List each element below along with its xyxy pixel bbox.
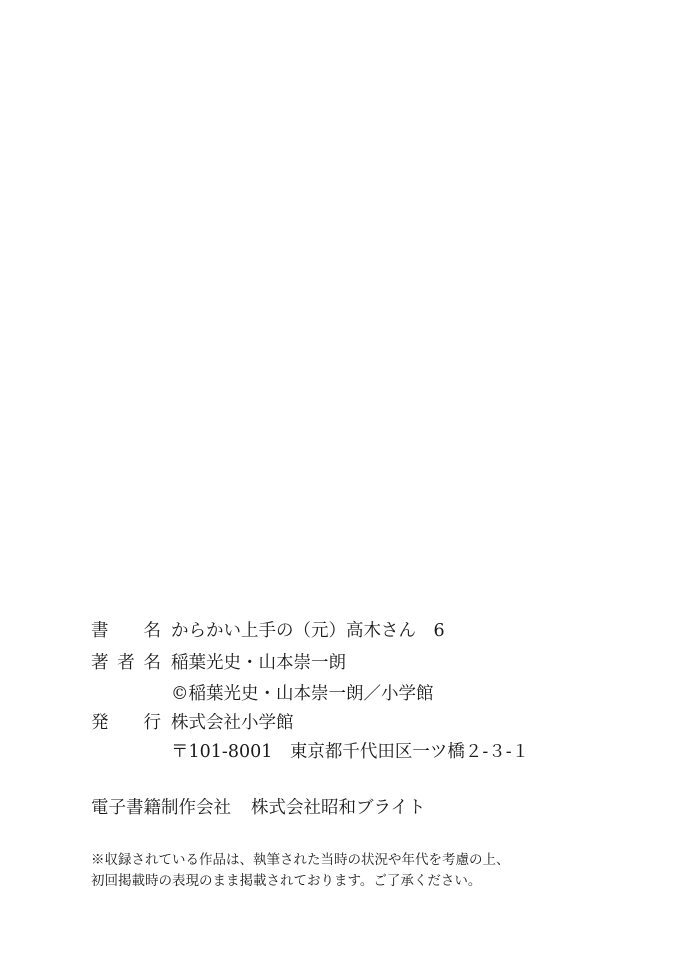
label-char: 発 (91, 712, 109, 734)
notice-line-2: 初回掲載時の表現のまま掲載されております。ご了承ください。 (91, 871, 510, 892)
ebook-producer: 電子書籍制作会社株式会社昭和ブライト (91, 794, 425, 819)
label-char: 書 (91, 620, 109, 642)
label-char: 行 (144, 712, 162, 734)
title-label: 書 名 (91, 620, 161, 642)
book-title: からかい上手の（元）高木さん 6 (171, 620, 445, 642)
producer-label: 電子書籍制作会社 (91, 798, 231, 818)
label-char: 名 (144, 620, 162, 642)
producer-company: 株式会社昭和ブライト (251, 798, 425, 818)
copyright: ©稲葉光史・山本崇一朗／小学館 (171, 683, 434, 705)
notice-line-1: ※収録されている作品は、執筆された当時の状況や年代を考慮の上、 (91, 850, 510, 871)
label-char: 者 (117, 652, 135, 674)
address: 〒101‐8001 東京都千代田区一ツ橋２‐３‐１ (171, 741, 529, 763)
label-char: 名 (144, 652, 162, 674)
label-char: 著 (91, 652, 109, 674)
publisher: 株式会社小学館 (171, 712, 294, 734)
notice: ※収録されている作品は、執筆された当時の状況や年代を考慮の上、 初回掲載時の表現… (91, 850, 510, 892)
publisher-label: 発 行 (91, 712, 161, 734)
author-label: 著 者 名 (91, 652, 161, 674)
authors: 稲葉光史・山本崇一朗 (171, 652, 346, 674)
